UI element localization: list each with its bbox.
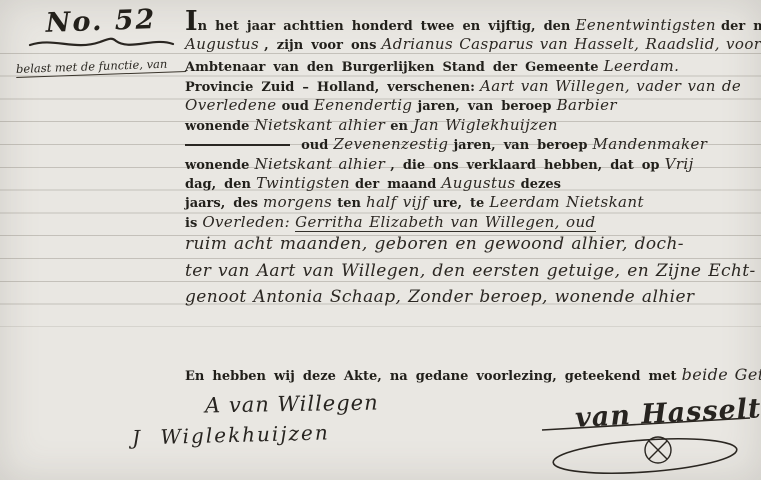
handwritten-text: genoot Antonia Schaap, Zonder beroep, wo… (185, 287, 694, 307)
document-line: Provincie Zuid – Holland, verschenen: Aa… (185, 76, 760, 95)
printed-text: , zijn voor ons (264, 38, 376, 53)
document-line: genoot Antonia Schaap, Zonder beroep, wo… (185, 284, 760, 311)
handwritten-text: Adrianus Casparus van Hasselt, Raadslid,… (382, 35, 761, 53)
printed-text: jaars, des (185, 196, 258, 211)
printed-text: ure, te (433, 196, 484, 211)
document-line: dag, den Twintigsten der maand Augustus … (185, 173, 760, 192)
printed-text: jaren, van beroep (418, 99, 552, 114)
printed-text: en (390, 119, 408, 134)
handwritten-text: Mandenmaker (593, 135, 708, 153)
document-line: jaars, des morgens ten half vijf ure, te… (185, 192, 760, 211)
handwritten-text: Aart van Willegen, vader van de (480, 77, 741, 95)
printed-text: , die ons verklaard hebben, dat op (390, 158, 659, 173)
handwritten-text: Jan Wiglekhuijzen (413, 116, 558, 134)
act-number: No. 52 (16, 3, 187, 40)
handwritten-text: Twintigsten (256, 174, 350, 192)
printed-text: dezes (521, 177, 561, 192)
handwritten-text: Augustus (185, 35, 259, 53)
printed-text: jaren, van beroep (453, 138, 587, 153)
printed-text: En hebben wij deze Akte, na gedane voorl… (185, 369, 677, 384)
signature-official: van Hasselt (574, 393, 761, 434)
handwritten-text: morgens (263, 193, 332, 211)
printed-text: dag, den (185, 177, 251, 192)
document-line: Augustus , zijn voor ons Adrianus Caspar… (185, 33, 760, 55)
document-line: wonende Nietskant alhier en Jan Wiglekhu… (185, 115, 760, 134)
handwritten-text: Eenentwintigsten (575, 16, 715, 34)
handwritten-text: Nietskant alhier (255, 116, 386, 134)
document-line: is Overleden: Gerritha Elizabeth van Wil… (185, 212, 760, 231)
document-line: oud Zevenenzestig jaren, van beroep Mand… (185, 134, 760, 153)
margin-note: belast met de functie, van (16, 56, 186, 78)
handwritten-text: Zevenenzestig (333, 135, 448, 153)
margin-block: No. 52 belast met de functie, van (16, 6, 186, 75)
document-line: In het jaar achttien honderd twee en vij… (185, 10, 760, 33)
document-line: wonende Nietskant alhier , die ons verkl… (185, 154, 760, 173)
handwritten-text: Nietskant alhier (255, 155, 386, 173)
handwritten-text: Vrij (665, 155, 694, 173)
handwritten-text: half vijf (366, 193, 428, 211)
printed-text: Ambtenaar van den Burgerlijken Stand der… (185, 60, 599, 75)
handwritten-text: Leerdam. (604, 57, 680, 75)
printed-text: der maand (355, 177, 436, 192)
handwritten-text: Augustus (442, 174, 516, 192)
printed-text: wonende (185, 158, 249, 173)
printed-text: oud (301, 138, 328, 153)
act-body-text: In het jaar achttien honderd twee en vij… (185, 10, 760, 311)
handwritten-text: beide Getuigen (682, 365, 761, 384)
handwritten-text: ruim acht maanden, geboren en gewoond al… (185, 234, 684, 254)
printed-text: Provincie Zuid – Holland, verschenen: (185, 80, 475, 95)
document-line: ter van Aart van Willegen, den eersten g… (185, 258, 760, 285)
printed-text: ten (337, 196, 361, 211)
handwritten-text: Barbier (557, 96, 617, 114)
handwritten-text: Eenendertig (314, 96, 413, 114)
handwritten-text: Leerdam Nietskant (489, 193, 643, 211)
death-record-page: No. 52 belast met de functie, van In het… (0, 0, 761, 480)
printed-text: oud (282, 99, 309, 114)
handwritten-text: Overledene (185, 96, 277, 114)
document-line: Ambtenaar van den Burgerlijken Stand der… (185, 55, 760, 76)
printed-text: der maand (721, 19, 761, 34)
printed-text: is (185, 216, 197, 231)
printed-text: wonende (185, 119, 249, 134)
handwritten-text: Overleden: (202, 213, 290, 231)
handwritten-text: Gerritha Elizabeth van Willegen, oud (295, 213, 595, 232)
handwritten-text: ter van Aart van Willegen, den eersten g… (185, 261, 756, 281)
signature-witness2: J Wiglekhuijzen (132, 420, 330, 449)
document-line: Overledene oud Eenendertig jaren, van be… (185, 95, 760, 114)
document-line: ruim acht maanden, geboren en gewoond al… (185, 231, 760, 258)
printed-text: In het jaar achttien honderd twee en vij… (185, 19, 570, 34)
closing-line: En hebben wij deze Akte, na gedane voorl… (185, 365, 761, 384)
signature-witness1: A van Willegen (205, 390, 379, 417)
blank-dash (185, 144, 290, 146)
